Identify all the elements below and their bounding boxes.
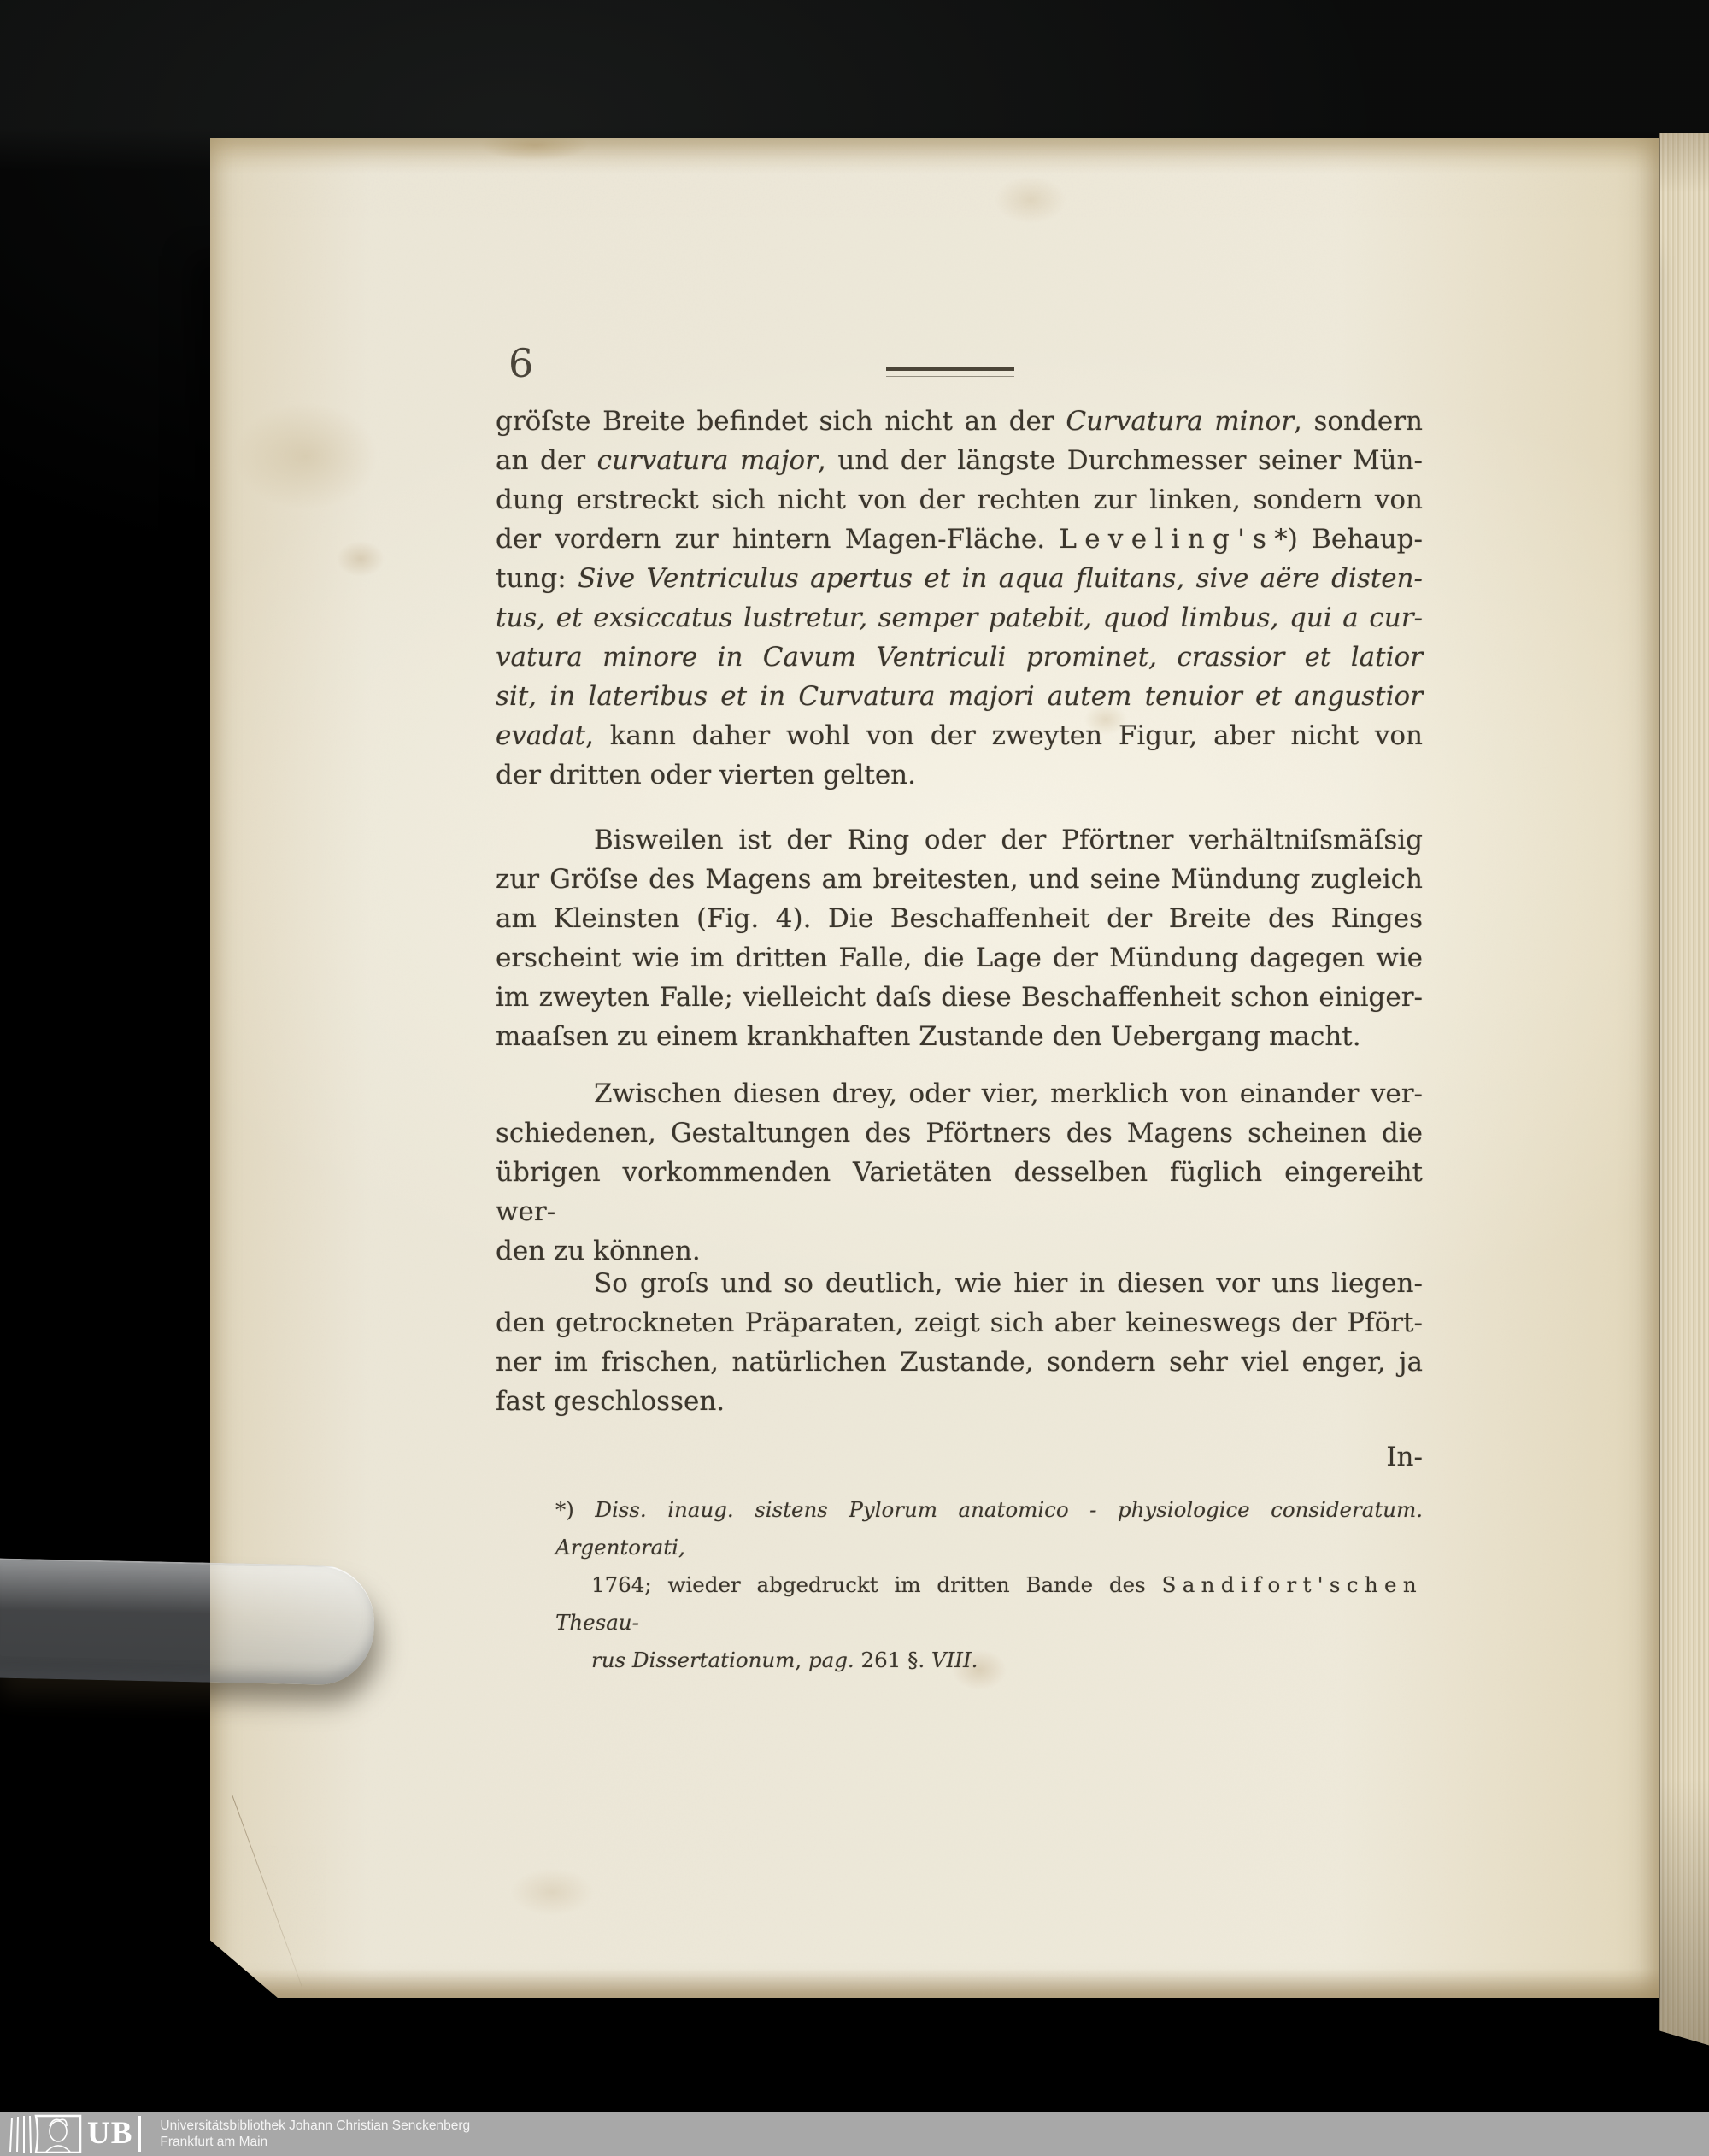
italic-text: sit, in lateribus et in Curvatura majori… <box>496 681 1423 712</box>
body-text: der vordern zur hintern Magen-Fläche. <box>496 524 1059 555</box>
body-text: zur Gröſse des Magens am breitesten, und… <box>496 864 1423 895</box>
library-name: Universitätsbibliothek Johann Christian … <box>160 2118 470 2134</box>
text-line: sit, in lateribus et in Curvatura majori… <box>496 677 1423 716</box>
text-line: an der curvatura major, und der längste … <box>496 441 1423 480</box>
text-line: evadat, kann daher wohl von der zweyten … <box>496 716 1423 755</box>
italic-text: pag. <box>808 1648 861 1672</box>
text-line: ner im frischen, natürlichen Zustande, s… <box>496 1342 1423 1382</box>
body-text: dung erstreckt sich nicht von der rechte… <box>496 485 1423 515</box>
library-city: Frankfurt am Main <box>160 2134 470 2150</box>
text-line: vatura minore in Cavum Ventriculi promin… <box>496 637 1423 677</box>
body-text: , und der längste Durchmesser seiner Mün… <box>818 445 1423 476</box>
body-text: , sondern <box>1294 406 1423 437</box>
text-line: dung erstreckt sich nicht von der rechte… <box>496 480 1423 520</box>
ub-logo-emblem-icon <box>9 2114 84 2153</box>
text-line: tus, et exsiccatus lustretur, semper pat… <box>496 598 1423 637</box>
body-text: tung: <box>496 563 578 594</box>
text-line: der vordern zur hintern Magen-Fläche. Le… <box>496 520 1423 559</box>
text-line: So groſs und so deutlich, wie hier in di… <box>496 1264 1423 1303</box>
transparent-page-clip <box>0 1558 375 1685</box>
text-line: im zweyten Falle; vielleicht daſs diese … <box>496 978 1423 1017</box>
body-text: *) Behaup- <box>1274 524 1423 555</box>
ub-logo: UB <box>9 2114 141 2153</box>
italic-text: rus Dissertationum <box>591 1648 795 1672</box>
book-fore-edge-pages <box>1659 133 1709 2046</box>
body-text: erscheint wie im dritten Falle, die Lage… <box>496 943 1423 973</box>
page-corner-crease <box>232 1795 302 1988</box>
paragraph: So groſs und so deutlich, wie hier in di… <box>496 1264 1423 1421</box>
text-line: erscheint wie im dritten Falle, die Lage… <box>496 938 1423 978</box>
text-line: gröſste Breite befindet sich nicht an de… <box>496 402 1423 441</box>
text-line: zur Gröſse des Magens am breitesten, und… <box>496 860 1423 899</box>
text-line: Zwischen diesen drey, oder vier, merklic… <box>496 1074 1423 1113</box>
italic-text: VIII. <box>931 1648 978 1672</box>
text-line: Bisweilen ist der Ring oder der Pförtner… <box>496 820 1423 860</box>
body-text: , kann daher wohl von der zweyten Figur,… <box>585 720 1423 751</box>
body-text: fast geschlossen. <box>496 1386 725 1417</box>
body-text: ner im frischen, natürlichen Zustande, s… <box>496 1347 1423 1378</box>
ub-logo-text: UB <box>87 2117 132 2151</box>
italic-text: tus, et exsiccatus lustretur, semper pat… <box>496 602 1423 633</box>
page-number: 6 <box>508 340 533 386</box>
body-text: im zweyten Falle; vielleicht daſs diese … <box>496 982 1423 1013</box>
text-line: *) Diss. inaug. sistens Pylorum anatomic… <box>555 1491 1423 1566</box>
footnote: *) Diss. inaug. sistens Pylorum anatomic… <box>555 1491 1423 1679</box>
library-banner: UB Universitätsbibliothek Johann Christi… <box>0 2112 1709 2156</box>
body-text: Bisweilen ist der Ring oder der Pförtner… <box>594 825 1423 855</box>
text-line: den getrockneten Präparaten, zeigt sich … <box>496 1303 1423 1342</box>
letterspaced-name: Sandifort'schen <box>1162 1572 1423 1597</box>
body-text: maaſsen zu einem krankhaften Zustande de… <box>496 1021 1361 1052</box>
body-text: den getrockneten Präparaten, zeigt sich … <box>496 1307 1423 1338</box>
italic-text: curvatura major <box>597 445 818 476</box>
letterspaced-name: Leveling's <box>1059 524 1274 555</box>
text-line: am Kleinsten (Fig. 4). Die Beschaffenhei… <box>496 899 1423 938</box>
book-page: 6 gröſste Breite befindet sich nicht an … <box>210 138 1659 1998</box>
ub-logo-divider <box>138 2116 141 2152</box>
catchword: In- <box>496 1442 1423 1472</box>
body-text: Zwischen diesen drey, oder vier, merklic… <box>594 1078 1423 1109</box>
text-line: maaſsen zu einem krankhaften Zustande de… <box>496 1017 1423 1056</box>
body-text: , <box>795 1648 808 1672</box>
book-scan-photo: 6 gröſste Breite befindet sich nicht an … <box>0 0 1709 2156</box>
body-text: gröſste Breite befindet sich nicht an de… <box>496 406 1066 437</box>
section-divider-rule <box>886 367 1014 377</box>
body-text: *) <box>555 1497 595 1522</box>
body-text: den zu können. <box>496 1236 701 1266</box>
body-text: 1764; wieder abgedruckt im dritten Bande… <box>591 1572 1162 1597</box>
italic-text: Sive Ventriculus apertus et in aqua flui… <box>578 563 1423 594</box>
paragraph: Bisweilen ist der Ring oder der Pförtner… <box>496 820 1423 1056</box>
text-line: der dritten oder vierten gelten. <box>496 755 1423 795</box>
body-text: übrigen vorkommenden Varietäten desselbe… <box>496 1157 1423 1227</box>
text-line: übrigen vorkommenden Varietäten desselbe… <box>496 1153 1423 1231</box>
body-text: 261 §. <box>861 1648 931 1672</box>
text-line: 1764; wieder abgedruckt im dritten Bande… <box>555 1566 1423 1642</box>
text-line: schiedenen, Gestaltungen des Pförtners d… <box>496 1113 1423 1153</box>
italic-text: Curvatura minor <box>1066 406 1294 437</box>
italic-text: vatura minore in Cavum Ventriculi promin… <box>496 642 1423 673</box>
text-line: fast geschlossen. <box>496 1382 1423 1421</box>
body-text: So groſs und so deutlich, wie hier in di… <box>594 1268 1423 1299</box>
italic-text: Thesau- <box>555 1610 639 1635</box>
body-text: an der <box>496 445 597 476</box>
body-text: schiedenen, Gestaltungen des Pförtners d… <box>496 1118 1423 1148</box>
body-text: am Kleinsten (Fig. 4). Die Beschaffenhei… <box>496 903 1423 934</box>
paragraph: gröſste Breite befindet sich nicht an de… <box>496 402 1423 795</box>
body-text: der dritten oder vierten gelten. <box>496 760 916 790</box>
paragraph: Zwischen diesen drey, oder vier, merklic… <box>496 1074 1423 1271</box>
text-line: tung: Sive Ventriculus apertus et in aqu… <box>496 559 1423 598</box>
italic-text: evadat <box>496 720 585 751</box>
text-line: rus Dissertationum, pag. 261 §. VIII. <box>555 1642 1423 1679</box>
italic-text: Diss. inaug. sistens Pylorum anatomico -… <box>555 1497 1423 1560</box>
